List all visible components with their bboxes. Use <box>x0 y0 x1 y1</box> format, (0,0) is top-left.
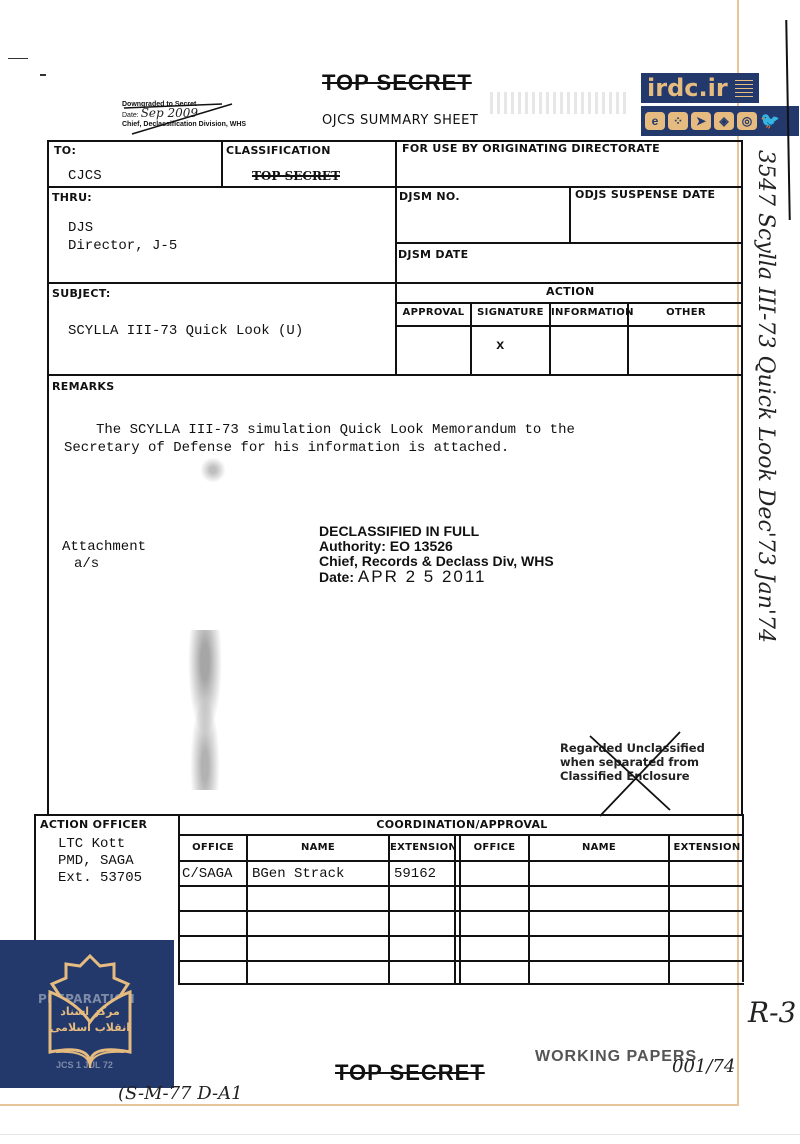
declass-line1: DECLASSIFIED IN FULL <box>319 524 554 539</box>
classification-top: TOP SECRET <box>322 70 472 96</box>
coordination-title: COORDINATION/APPROVAL <box>180 818 744 831</box>
instagram-icon[interactable]: ◎ <box>737 112 757 130</box>
action-officer-name: LTC Kott <box>58 836 125 852</box>
irdc-logo-watermark: PREPARATION JCS 1 JUL 72 مرکز اسناد انقل… <box>0 940 174 1088</box>
action-officer-extension: Ext. 53705 <box>58 870 142 886</box>
declass-authority: Authority: EO 13526 <box>319 539 554 554</box>
handwritten-ref-bottom-left: (S-M-77 D-A1 <box>118 1083 243 1104</box>
action-col-signature: SIGNATURE <box>472 307 549 318</box>
odjs-suspense-date-label: ODJS SUSPENSE DATE <box>575 188 715 201</box>
e-icon[interactable]: e <box>645 112 665 130</box>
classification-bottom: TOP SECRET <box>335 1060 485 1086</box>
telegram-icon[interactable]: ➤ <box>691 112 711 130</box>
to-label: TO: <box>54 144 76 157</box>
irdc-banner: irdc.ir <box>641 73 759 103</box>
coord-row1-name: BGen Strack <box>252 866 344 882</box>
action-officer-office: PMD, SAGA <box>58 853 134 869</box>
twitter-icon[interactable]: 🐦 <box>760 112 780 130</box>
action-col-approval: APPROVAL <box>397 307 470 318</box>
action-col-information: INFORMATION <box>551 307 627 318</box>
cross-out-mark <box>122 100 262 136</box>
coord-row1-extension: 59162 <box>394 866 436 882</box>
downgrade-stamp: Downgraded to Secret Date: Sep 2009 Chie… <box>122 100 262 136</box>
action-col-other: OTHER <box>629 307 743 318</box>
action-officer-label: ACTION OFFICER <box>40 818 147 831</box>
originating-directorate-label: FOR USE BY ORIGINATING DIRECTORATE <box>402 142 660 155</box>
handwritten-ref-bottom-right: 001/74 <box>672 1056 735 1077</box>
to-value: CJCS <box>68 168 102 184</box>
coord-col-name: NAME <box>248 842 388 853</box>
thru-line1: DJS <box>68 220 93 236</box>
page-bottom-edge <box>0 1134 800 1135</box>
box-icon[interactable]: ◈ <box>714 112 734 130</box>
cross-out-mark <box>580 728 690 818</box>
attachment-line1: Attachment <box>62 539 146 555</box>
declass-date-value: APR 2 5 2011 <box>358 567 487 586</box>
coord-col-name-2: NAME <box>530 842 668 853</box>
djsm-no-label: DJSM NO. <box>399 190 460 203</box>
page-ref: R-3 <box>748 996 796 1029</box>
social-icons-bar: e ⁘ ➤ ◈ ◎ 🐦 <box>641 106 799 136</box>
aparat-icon[interactable]: ⁘ <box>668 112 688 130</box>
classification-label: CLASSIFICATION <box>226 144 331 157</box>
classification-value: TOP SECRET <box>252 169 340 183</box>
scan-mark <box>8 58 28 59</box>
remarks-label: REMARKS <box>52 380 114 393</box>
irdc-site-text: irdc.ir <box>647 73 728 103</box>
irdc-logo-text: مرکز اسناد انقلاب اسلامی <box>50 1004 130 1036</box>
sheet-title: OJCS SUMMARY SHEET <box>322 113 478 128</box>
handwritten-margin-note: 3547 Scylla III-73 Quick Look Dec'73 Jan… <box>753 150 778 810</box>
remarks-line2: Secretary of Defense for his information… <box>64 440 509 456</box>
subject-label: SUBJECT: <box>52 287 111 300</box>
action-signature-mark: x <box>496 338 504 354</box>
attachment-line2: a/s <box>74 556 99 572</box>
remarks-line1: The SCYLLA III-73 simulation Quick Look … <box>96 422 575 438</box>
coord-col-extension-2: EXTENSION <box>670 842 744 853</box>
declass-date-label: Date: <box>319 569 354 585</box>
thru-line2: Director, J-5 <box>68 238 177 254</box>
coord-row1-office: C/SAGA <box>182 866 232 882</box>
frame-bottom-border <box>0 1104 739 1106</box>
subject-value: SCYLLA III-73 Quick Look (U) <box>68 323 303 339</box>
irdc-mini-logo-icon <box>735 79 753 97</box>
faded-stamp <box>490 92 630 114</box>
scan-noise <box>175 630 235 790</box>
thru-label: THRU: <box>52 191 92 204</box>
action-title: ACTION <box>546 285 595 298</box>
scan-mark <box>40 74 46 76</box>
declassified-stamp: DECLASSIFIED IN FULL Authority: EO 13526… <box>319 524 554 585</box>
coord-col-extension: EXTENSION <box>390 842 454 853</box>
djsm-date-label: DJSM DATE <box>398 248 468 261</box>
coordination-table: OFFICE NAME EXTENSION OFFICE NAME EXTENS… <box>178 835 744 985</box>
scan-noise <box>198 455 228 485</box>
coord-col-office: OFFICE <box>180 842 246 853</box>
coord-col-office-2: OFFICE <box>461 842 528 853</box>
